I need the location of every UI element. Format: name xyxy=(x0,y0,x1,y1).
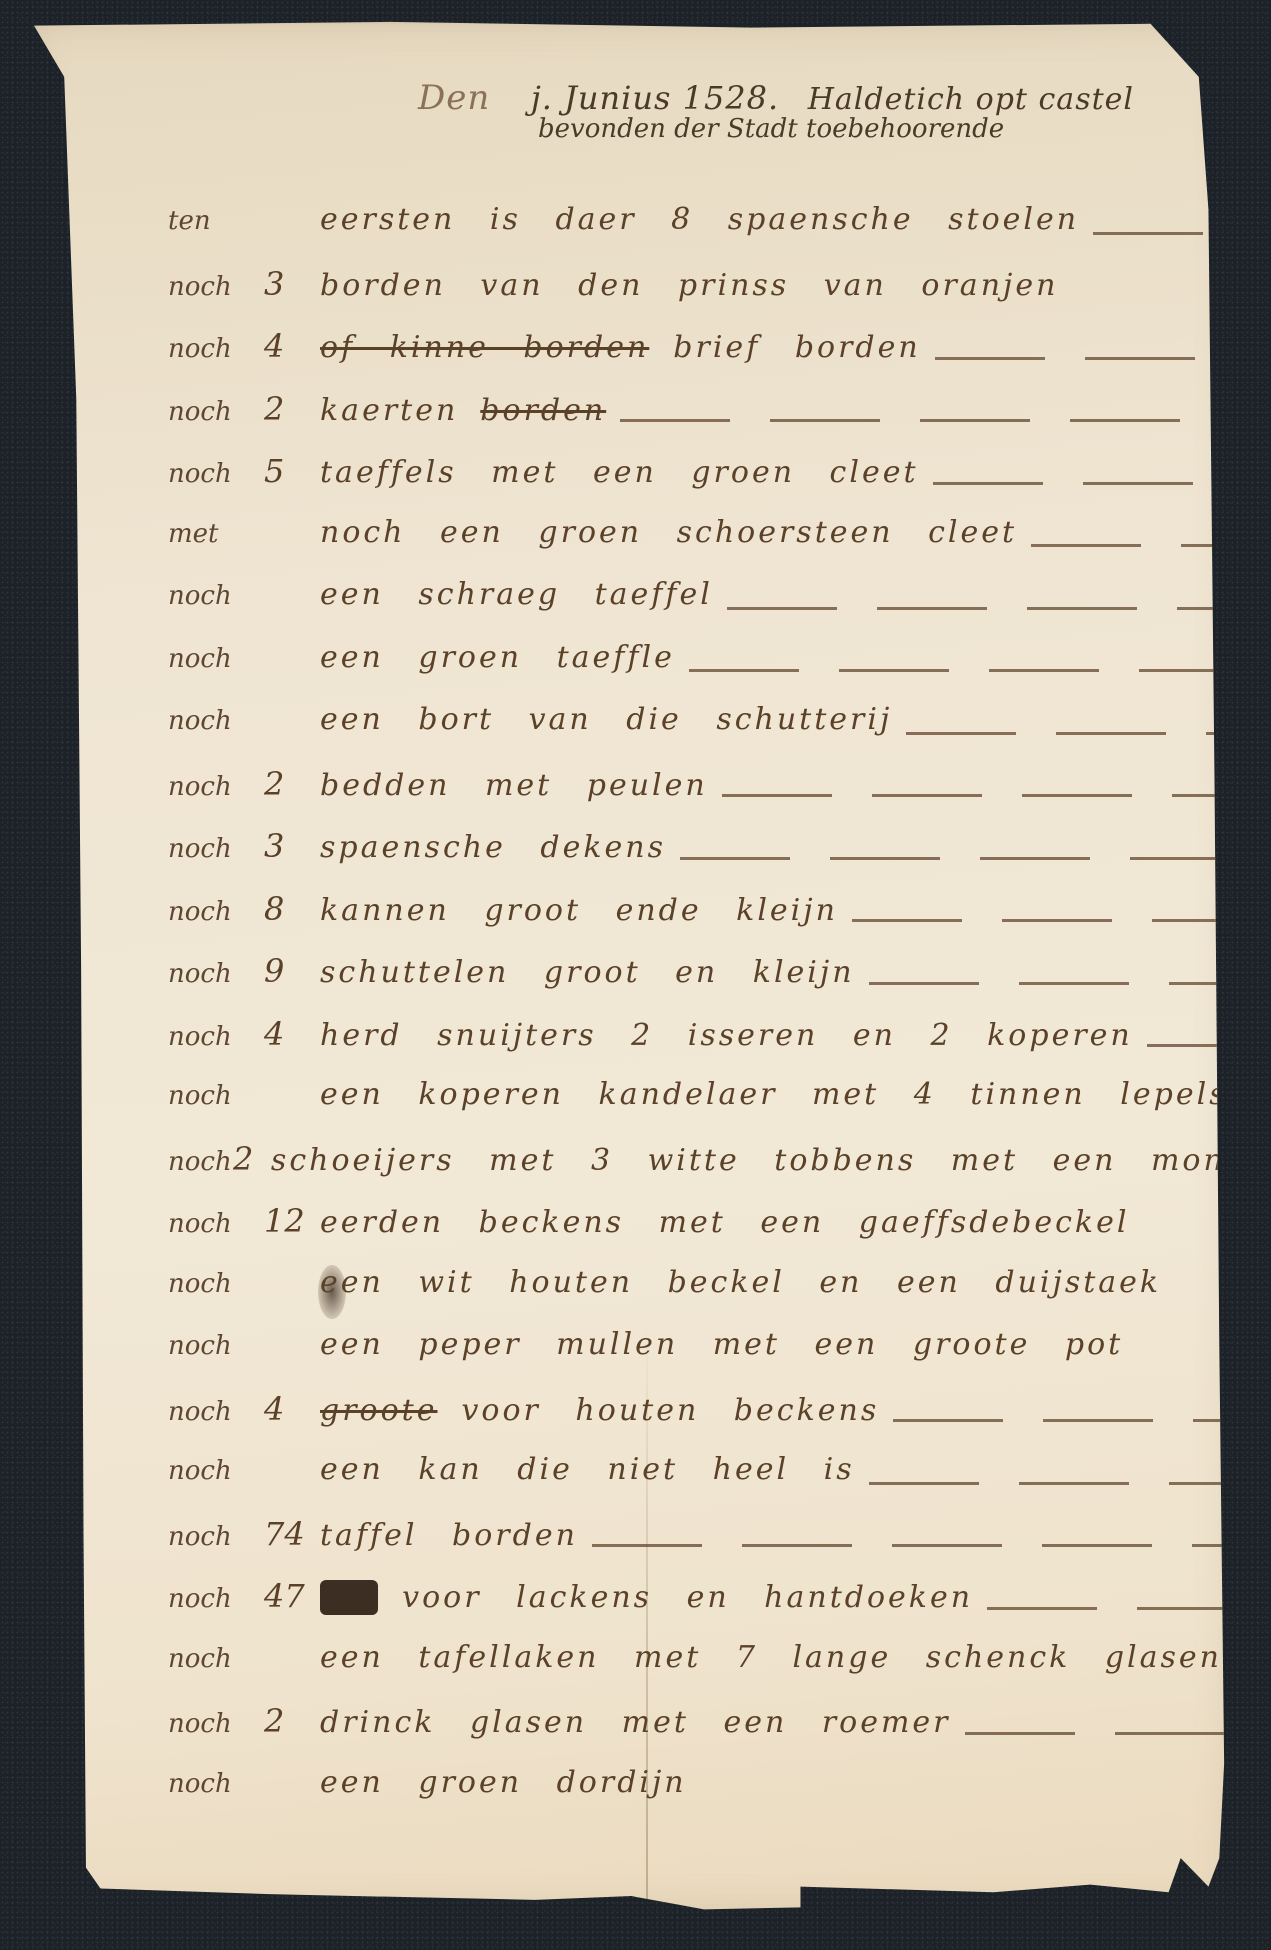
entry-text: voor houten beckens xyxy=(461,1393,879,1428)
line-filler-dashes xyxy=(987,1607,1248,1610)
entry-text: taffel borden xyxy=(320,1518,578,1553)
inventory-entry: metnoch een groen schoersteen cleet xyxy=(168,515,1248,578)
inventory-entry: noch2schoeijers met 3 witte tobbens met … xyxy=(168,1140,1248,1203)
entry-prefix: noch xyxy=(168,772,264,802)
entry-prefix: noch xyxy=(168,1522,264,1552)
entry-prefix: noch xyxy=(168,959,264,989)
manuscript-page: Den j. Junius 1528. Haldetich opt castel… xyxy=(28,20,1235,1915)
heading-line-1: Den j. Junius 1528. Haldetich opt castel xyxy=(418,78,1238,118)
struck-text: .... xyxy=(320,1580,378,1615)
line-filler-dashes xyxy=(893,1419,1248,1422)
entry-prefix: noch xyxy=(168,334,264,364)
entry-quantity: 47 xyxy=(264,1577,320,1615)
entry-text: kaerten xyxy=(320,393,458,428)
entry-text: herd snuijters 2 isseren en 2 koperen xyxy=(320,1018,1133,1053)
entry-prefix: noch xyxy=(168,397,264,427)
entry-prefix: noch xyxy=(168,1081,264,1111)
line-filler-dashes xyxy=(727,607,1248,610)
entry-quantity: 2 xyxy=(264,765,320,803)
heading-line1-rest: Haldetich opt castel xyxy=(808,82,1134,117)
entry-quantity: 2 xyxy=(233,1140,271,1178)
entry-quantity: 3 xyxy=(264,827,320,865)
entry-text: schuttelen groot en kleijn xyxy=(320,955,855,990)
inventory-entry: noch8kannen groot ende kleijn xyxy=(168,890,1248,953)
entry-quantity: 4 xyxy=(264,1390,320,1428)
inventory-entry: nocheen peper mullen met een groote pot xyxy=(168,1327,1248,1390)
entry-text: een peper mullen met een groote pot xyxy=(320,1327,1123,1362)
inventory-entry: noch2drinck glasen met een roemer xyxy=(168,1702,1248,1765)
heading-line-2: bevonden der Stadt toebehoorende xyxy=(538,114,1238,144)
struck-text: groote xyxy=(320,1393,437,1428)
line-filler-dashes xyxy=(689,669,1248,672)
inventory-entry: noch2bedden met peulen xyxy=(168,765,1248,828)
entry-prefix: noch xyxy=(168,272,264,302)
entry-prefix: noch xyxy=(168,897,264,927)
entry-quantity: 5 xyxy=(264,452,320,490)
entry-text: eerden beckens met een gaeffsdebeckel xyxy=(320,1205,1129,1240)
inventory-entry: nocheen tafellaken met 7 lange schenck g… xyxy=(168,1640,1248,1703)
entry-prefix: noch xyxy=(168,459,264,489)
inventory-entry: noch3borden van den prinss van oranjen xyxy=(168,265,1248,328)
struck-text: borden xyxy=(480,393,606,428)
line-filler-dashes xyxy=(933,482,1248,485)
entry-quantity: 9 xyxy=(264,952,320,990)
line-filler-dashes xyxy=(620,419,1248,422)
entry-quantity: 2 xyxy=(264,390,320,428)
entry-text: schoeijers met 3 witte tobbens met een m… xyxy=(271,1143,1248,1178)
entry-prefix: noch xyxy=(168,1584,264,1614)
entry-quantity: 4 xyxy=(264,327,320,365)
line-filler-dashes xyxy=(869,982,1248,985)
entry-prefix: noch xyxy=(168,1209,264,1239)
line-filler-dashes xyxy=(1147,1044,1248,1047)
entry-text: kannen groot ende kleijn xyxy=(320,893,838,928)
heading-date: j. Junius 1528. xyxy=(531,79,779,117)
inventory-entry: nocheen groen dordijn xyxy=(168,1765,1248,1828)
entry-quantity: 4 xyxy=(264,1015,320,1053)
entry-prefix: noch xyxy=(168,1397,264,1427)
inventory-entry: nocheen bort van die schutterij xyxy=(168,702,1248,765)
entry-text: een kan die niet heel is xyxy=(320,1452,855,1487)
inventory-entry: noch4grootevoor houten beckens xyxy=(168,1390,1248,1453)
entry-prefix: noch xyxy=(168,1022,264,1052)
entry-quantity: 12 xyxy=(264,1202,320,1240)
entry-text: taeffels met een groen cleet xyxy=(320,455,919,490)
entry-text: drinck glasen met een roemer xyxy=(320,1705,951,1740)
line-filler-dashes xyxy=(965,1732,1248,1735)
inventory-entry: teneersten is daer 8 spaensche stoelen xyxy=(168,202,1248,265)
struck-text: of kinne borden xyxy=(320,330,649,365)
inventory-entry: noch3spaensche dekens xyxy=(168,827,1248,890)
entry-text: een groen taeffle xyxy=(320,640,675,675)
entry-prefix: met xyxy=(168,519,264,549)
entry-quantity: 74 xyxy=(264,1515,320,1553)
entry-text: bedden met peulen xyxy=(320,768,708,803)
inventory-entry: noch5taeffels met een groen cleet xyxy=(168,452,1248,515)
inventory-entry: nocheen groen taeffle xyxy=(168,640,1248,703)
entry-text: brief borden xyxy=(673,330,920,365)
entry-text: voor lackens en hantdoeken xyxy=(402,1580,973,1615)
line-filler-dashes xyxy=(935,357,1248,360)
entry-prefix: noch xyxy=(168,1709,264,1739)
inventory-entry: nocheen koperen kandelaer met 4 tinnen l… xyxy=(168,1077,1248,1140)
inventory-entry: nocheen schraeg taeffel xyxy=(168,577,1248,640)
document-heading: Den j. Junius 1528. Haldetich opt castel… xyxy=(418,78,1238,144)
entry-text: een schraeg taeffel xyxy=(320,577,713,612)
entry-prefix: noch xyxy=(168,1769,264,1799)
line-filler-dashes xyxy=(852,919,1248,922)
entry-prefix: noch xyxy=(168,1644,264,1674)
entry-prefix: noch xyxy=(168,644,264,674)
line-filler-dashes xyxy=(869,1482,1248,1485)
entry-text: een bort van die schutterij xyxy=(320,702,892,737)
line-filler-dashes xyxy=(1031,544,1248,547)
line-filler-dashes xyxy=(906,732,1248,735)
inventory-entry: noch74taffel borden xyxy=(168,1515,1248,1578)
entry-prefix: noch xyxy=(168,581,264,611)
entry-text: een wit houten beckel en een duijstaek xyxy=(320,1265,1161,1300)
inventory-entry: noch2kaertenborden xyxy=(168,390,1248,453)
inventory-entry: noch12eerden beckens met een gaeffsdebec… xyxy=(168,1202,1248,1265)
inventory-entry: noch9schuttelen groot en kleijn xyxy=(168,952,1248,1015)
entry-quantity: 8 xyxy=(264,890,320,928)
entry-text: een koperen kandelaer met 4 tinnen lepel… xyxy=(320,1077,1228,1112)
line-filler-dashes xyxy=(722,794,1248,797)
entry-prefix: noch xyxy=(168,1269,264,1299)
inventory-list: teneersten is daer 8 spaensche stoelenno… xyxy=(168,202,1248,1827)
entry-quantity: 3 xyxy=(264,265,320,303)
entry-text: een groen dordijn xyxy=(320,1765,687,1800)
entry-quantity: 2 xyxy=(264,1702,320,1740)
inventory-entry: noch47....voor lackens en hantdoeken xyxy=(168,1577,1248,1640)
inventory-entry: noch4herd snuijters 2 isseren en 2 koper… xyxy=(168,1015,1248,1078)
line-filler-dashes xyxy=(1093,232,1248,235)
inventory-entry: nocheen wit houten beckel en een duijsta… xyxy=(168,1265,1248,1328)
entry-prefix: ten xyxy=(168,206,264,236)
entry-text: spaensche dekens xyxy=(320,830,666,865)
entry-prefix: noch xyxy=(168,706,264,736)
entry-prefix: noch xyxy=(168,1331,264,1361)
inventory-entry: nocheen kan die niet heel is xyxy=(168,1452,1248,1515)
entry-text: een tafellaken met 7 lange schenck glase… xyxy=(320,1640,1222,1675)
entry-text: noch een groen schoersteen cleet xyxy=(320,515,1017,550)
line-filler-dashes xyxy=(592,1544,1248,1547)
entry-text: borden van den prinss van oranjen xyxy=(320,268,1058,303)
heading-prefix: Den xyxy=(418,78,490,118)
entry-prefix: noch xyxy=(168,1147,233,1177)
inventory-entry: noch4of kinne bordenbrief borden xyxy=(168,327,1248,390)
entry-text: eersten is daer 8 spaensche stoelen xyxy=(320,202,1079,237)
line-filler-dashes xyxy=(680,857,1248,860)
entry-prefix: noch xyxy=(168,1456,264,1486)
entry-prefix: noch xyxy=(168,834,264,864)
